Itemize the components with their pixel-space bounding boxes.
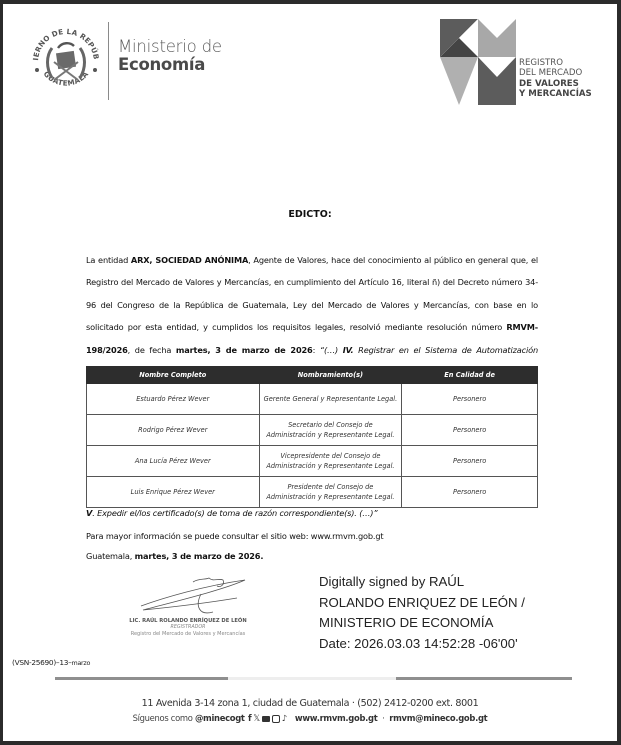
facebook-icon[interactable]: f (248, 713, 251, 723)
table-header-row: Nombre Completo Nombramiento(s) En Calid… (87, 367, 538, 384)
digital-signature-block: Digitally signed by RAÚL ROLANDO ENRIQUE… (319, 572, 525, 654)
cell-name: Estuardo Pérez Wever (87, 384, 260, 415)
item-v-text: V. Expedir el/los certificado(s) de toma… (86, 508, 377, 518)
cell-capacity: Personero (402, 415, 538, 446)
cell-capacity: Personero (402, 446, 538, 477)
handwritten-signature-icon (133, 572, 253, 618)
reference-code: (VSN-25690)–13–marzo (12, 658, 90, 667)
signer-organization: Registro del Mercado de Valores y Mercan… (103, 631, 273, 637)
rmvm-logo-icon (440, 19, 516, 105)
signer-name: LIC. RAÚL ROLANDO ENRÍQUEZ DE LEÓN (103, 618, 273, 624)
column-header-capacity: En Calidad de (402, 367, 538, 384)
table-row: Rodrigo Pérez Wever Secretario del Conse… (87, 415, 538, 446)
youtube-icon[interactable] (262, 716, 270, 722)
cell-name: Rodrigo Pérez Wever (87, 415, 260, 446)
entity-name: ARX, SOCIEDAD ANÓNIMA (131, 255, 248, 265)
table-row: Ana Lucía Pérez Wever Vicepresidente del… (87, 446, 538, 477)
document-page: GOBIERNO DE LA REPÚBLICA GUATEMALA Minis… (3, 4, 617, 741)
x-icon[interactable]: 𝕏 (253, 713, 259, 723)
website-link[interactable]: www.rmvm.gob.gt (295, 713, 378, 723)
registry-name: REGISTRO DEL MERCADO DE VALORES Y MERCAN… (519, 58, 592, 100)
cell-appointment: Vicepresidente del Consejo de Administra… (259, 446, 402, 477)
appointments-table: Nombre Completo Nombramiento(s) En Calid… (86, 366, 538, 508)
footer-contact: Síguenos como @minecogt f𝕏♪ www.rmvm.gob… (3, 713, 617, 723)
column-header-appointment: Nombramiento(s) (259, 367, 402, 384)
cell-name: Luis Enrique Pérez Wever (87, 477, 260, 508)
edict-paragraph: La entidad ARX, SOCIEDAD ANÓNIMA, Agente… (86, 249, 538, 383)
footer-divider (228, 677, 396, 680)
cell-capacity: Personero (402, 384, 538, 415)
instagram-icon[interactable] (272, 715, 280, 723)
table-row: Estuardo Pérez Wever Gerente General y R… (87, 384, 538, 415)
cell-appointment: Presidente del Consejo de Administración… (259, 477, 402, 508)
ministry-name-line1: Ministerio de (118, 37, 222, 56)
footer-address: 11 Avenida 3-14 zona 1, ciudad de Guatem… (3, 698, 617, 709)
cell-capacity: Personero (402, 477, 538, 508)
cell-appointment: Gerente General y Representante Legal. (259, 384, 402, 415)
resolution-date: martes, 3 de marzo de 2026 (176, 345, 313, 355)
signer-role: REGISTRADOR (103, 625, 273, 630)
footer-divider (396, 677, 572, 680)
table-row: Luis Enrique Pérez Wever Presidente del … (87, 477, 538, 508)
header-divider (108, 22, 109, 100)
government-seal-icon: GOBIERNO DE LA REPÚBLICA GUATEMALA (28, 18, 104, 100)
column-header-name: Nombre Completo (87, 367, 260, 384)
document-title: EDICTO: (3, 209, 617, 220)
place-date: Guatemala, martes, 3 de marzo de 2026. (86, 551, 263, 561)
info-text: Para mayor información se puede consulta… (86, 531, 384, 541)
social-handle: @minecogt (195, 713, 245, 723)
email-link[interactable]: rmvm@mineco.gob.gt (389, 713, 487, 723)
ministry-name-line2: Economía (118, 55, 205, 74)
cell-appointment: Secretario del Consejo de Administración… (259, 415, 402, 446)
cell-name: Ana Lucía Pérez Wever (87, 446, 260, 477)
tiktok-icon[interactable]: ♪ (282, 713, 287, 723)
footer-divider (55, 677, 228, 680)
